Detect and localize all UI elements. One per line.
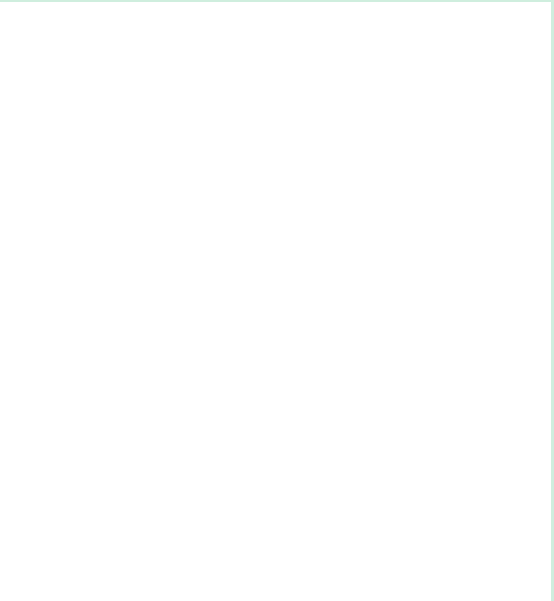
page-frame (0, 0, 554, 601)
